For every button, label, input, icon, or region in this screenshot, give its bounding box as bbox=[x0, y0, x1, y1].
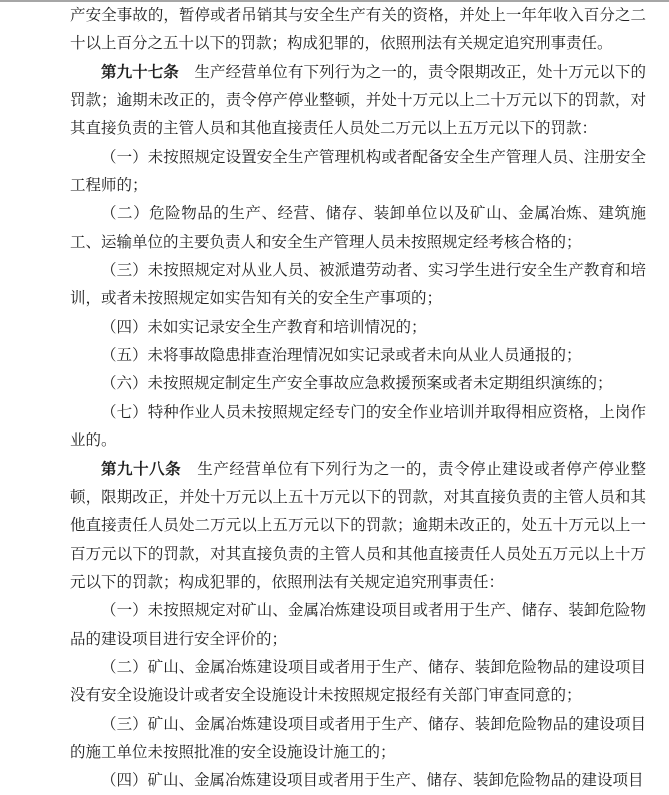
paragraph-text: （一）未按照规定对矿山、金属冶炼建设项目或者用于生产、储存、装卸危险物品的建设项… bbox=[70, 602, 646, 647]
paragraph: （三）矿山、金属冶炼建设项目或者用于生产、储存、装卸危险物品的建设项目的施工单位… bbox=[70, 711, 646, 768]
paragraph: （一）未按照规定设置安全生产管理机构或者配备安全生产管理人员、注册安全工程师的； bbox=[70, 144, 646, 201]
paragraph-text: 生产经营单位有下列行为之一的，责令停止建设或者停产停业整顿，限期改正，并处十万元… bbox=[70, 461, 646, 591]
paragraph-text: （六）未按照规定制定生产安全事故应急救援预案或者未定期组织演练的； bbox=[101, 375, 613, 392]
paragraph: 第九十七条 生产经营单位有下列行为之一的，责令限期改正，处十万元以下的罚款；逾期… bbox=[70, 59, 646, 144]
paragraph: （四）矿山、金属冶炼建设项目或者用于生产、储存、装卸危险物品的建设项目 bbox=[70, 767, 646, 795]
paragraph: （七）特种作业人员未按照规定经专门的安全作业培训并取得相应资格，上岗作业的。 bbox=[70, 399, 646, 456]
paragraph: （二）矿山、金属冶炼建设项目或者用于生产、储存、装卸危险物品的建设项目没有安全设… bbox=[70, 654, 646, 711]
paragraph-text: （四）未如实记录安全生产教育和培训情况的； bbox=[101, 319, 427, 336]
paragraph: （六）未按照规定制定生产安全事故应急救援预案或者未定期组织演练的； bbox=[70, 370, 646, 398]
paragraph: （一）未按照规定对矿山、金属冶炼建设项目或者用于生产、储存、装卸危险物品的建设项… bbox=[70, 597, 646, 654]
paragraph: 产安全事故的，暂停或者吊销其与安全生产有关的资格，并处上一年年收入百分之二十以上… bbox=[70, 2, 646, 59]
document-page: 产安全事故的，暂停或者吊销其与安全生产有关的资格，并处上一年年收入百分之二十以上… bbox=[0, 0, 669, 795]
paragraph-text: （二）危险物品的生产、经营、储存、装卸单位以及矿山、金属冶炼、建筑施工、运输单位… bbox=[70, 205, 646, 250]
paragraph-text: （四）矿山、金属冶炼建设项目或者用于生产、储存、装卸危险物品的建设项目 bbox=[101, 772, 644, 789]
paragraph: （三）未按照规定对从业人员、被派遣劳动者、实习学生进行安全生产教育和培训，或者未… bbox=[70, 257, 646, 314]
paragraph-text: （三）矿山、金属冶炼建设项目或者用于生产、储存、装卸危险物品的建设项目的施工单位… bbox=[70, 716, 646, 761]
paragraph-text: 产安全事故的，暂停或者吊销其与安全生产有关的资格，并处上一年年收入百分之二十以上… bbox=[70, 7, 646, 52]
paragraph-text: （一）未按照规定设置安全生产管理机构或者配备安全生产管理人员、注册安全工程师的； bbox=[70, 149, 646, 194]
paragraph-text: （七）特种作业人员未按照规定经专门的安全作业培训并取得相应资格，上岗作业的。 bbox=[70, 404, 646, 449]
paragraph-text: （二）矿山、金属冶炼建设项目或者用于生产、储存、装卸危险物品的建设项目没有安全设… bbox=[70, 659, 646, 704]
paragraph: （四）未如实记录安全生产教育和培训情况的； bbox=[70, 314, 646, 342]
paragraph: （二）危险物品的生产、经营、储存、装卸单位以及矿山、金属冶炼、建筑施工、运输单位… bbox=[70, 200, 646, 257]
paragraph: 第九十八条 生产经营单位有下列行为之一的，责令停止建设或者停产停业整顿，限期改正… bbox=[70, 456, 646, 598]
paragraph-text: （三）未按照规定对从业人员、被派遣劳动者、实习学生进行安全生产教育和培训，或者未… bbox=[70, 262, 646, 307]
paragraph-text: （五）未将事故隐患排查治理情况如实记录或者未向从业人员通报的； bbox=[101, 347, 582, 364]
document-body: 产安全事故的，暂停或者吊销其与安全生产有关的资格，并处上一年年收入百分之二十以上… bbox=[70, 2, 646, 795]
paragraph: （五）未将事故隐患排查治理情况如实记录或者未向从业人员通报的； bbox=[70, 342, 646, 370]
article-number: 第九十八条 bbox=[101, 461, 181, 478]
article-number: 第九十七条 bbox=[101, 64, 179, 81]
